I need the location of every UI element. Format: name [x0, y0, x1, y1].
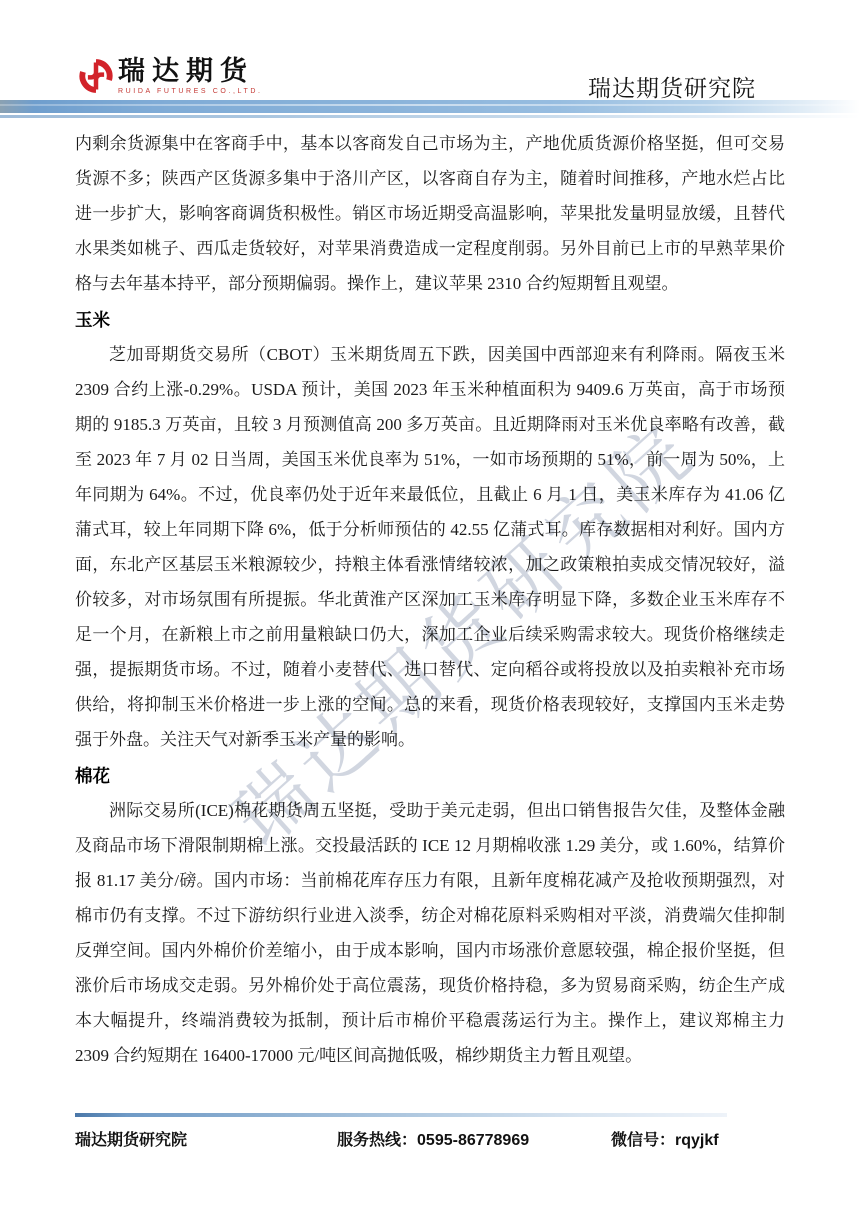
footer-wechat: 微信号：rqyjkf	[611, 1127, 719, 1150]
footer-hotline-number: 0595-86778969	[417, 1132, 529, 1149]
brand-name-en: RUIDA FUTURES CO.,LTD.	[118, 88, 263, 95]
brand-text: 瑞达期货 RUIDA FUTURES CO.,LTD.	[118, 57, 263, 95]
brand-name-cn: 瑞达期货	[118, 57, 263, 86]
footer-wechat-id: rqyjkf	[675, 1132, 719, 1149]
footer-divider-line	[75, 1113, 727, 1117]
footer-hotline-label: 服务热线：	[337, 1132, 417, 1149]
page-footer: 瑞达期货研究院 服务热线：0595-86778969 微信号：rqyjkf	[0, 1127, 860, 1151]
paragraph-cotton: 洲际交易所(ICE)棉花期货周五坚挺，受助于美元走弱，但出口销售报告欠佳，及整体…	[75, 793, 785, 1073]
institute-title: 瑞达期货研究院	[588, 70, 756, 103]
footer-wechat-label: 微信号：	[611, 1132, 675, 1149]
header-gradient-highlight	[0, 104, 860, 106]
ruida-logo-icon	[78, 57, 114, 95]
footer-hotline: 服务热线：0595-86778969	[337, 1127, 529, 1150]
brand-logo: 瑞达期货 RUIDA FUTURES CO.,LTD.	[78, 57, 263, 95]
footer-institute: 瑞达期货研究院	[75, 1127, 187, 1150]
header-gradient-bar	[0, 100, 860, 113]
paragraph-corn: 芝加哥期货交易所（CBOT）玉米期货周五下跌，因美国中西部迎来有利降雨。隔夜玉米…	[75, 337, 785, 757]
page-header: 瑞达期货 RUIDA FUTURES CO.,LTD. 瑞达期货研究院	[0, 0, 860, 117]
report-body: 内剩余货源集中在客商手中，基本以客商发自己市场为主，产地优质货源价格坚挺，但可交…	[75, 117, 785, 1073]
paragraph-apple-continuation: 内剩余货源集中在客商手中，基本以客商发自己市场为主，产地优质货源价格坚挺，但可交…	[75, 126, 785, 301]
report-page: 瑞达期货 RUIDA FUTURES CO.,LTD. 瑞达期货研究院 瑞达期货…	[0, 0, 860, 1217]
section-heading-corn: 玉米	[75, 307, 785, 333]
section-heading-cotton: 棉花	[75, 763, 785, 789]
